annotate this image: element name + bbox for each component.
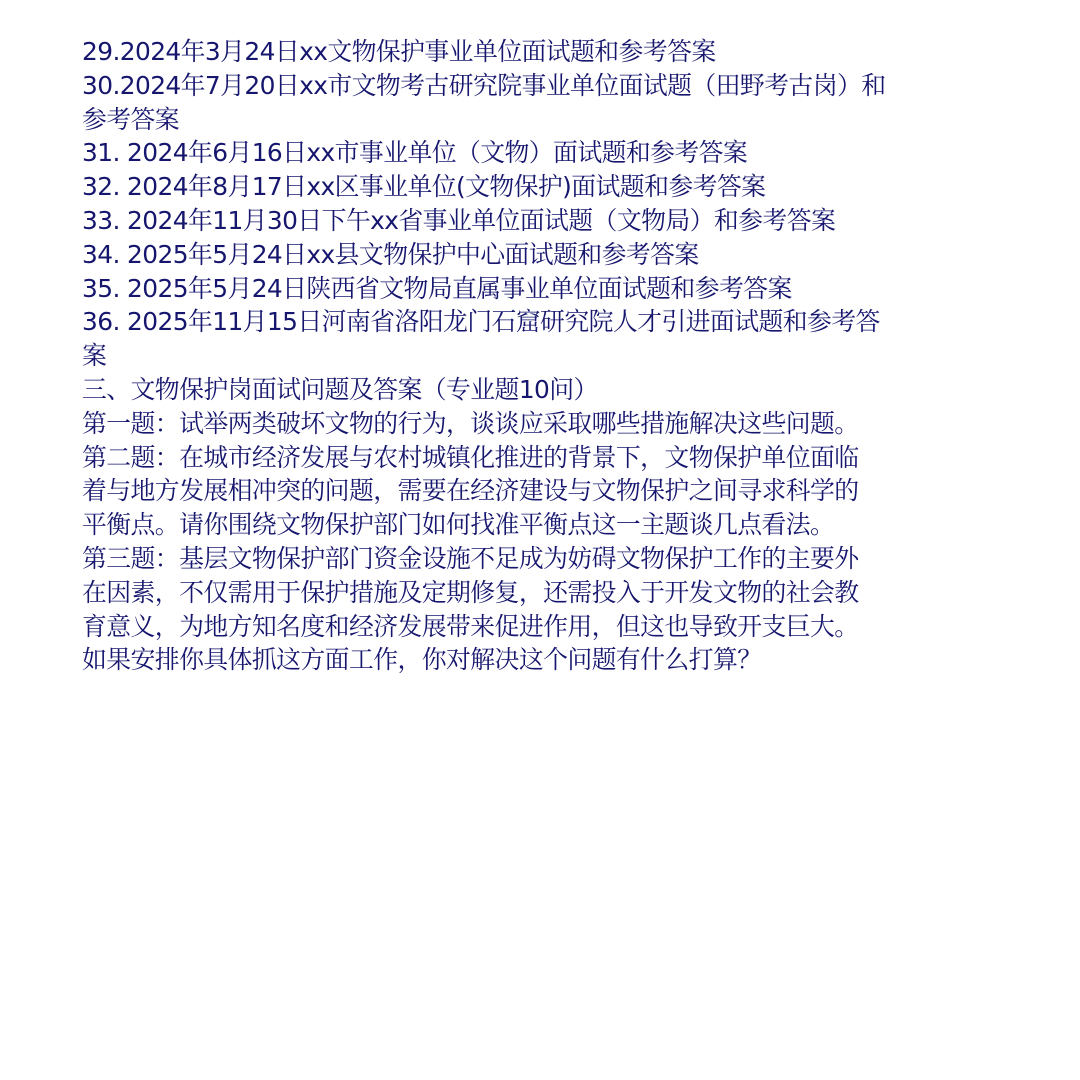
list-item-line: 案	[82, 339, 997, 373]
question-line: 第三题：基层文物保护部门资金设施不足成为妨碍文物保护工作的主要外	[82, 542, 997, 576]
section-heading: 三、文物保护岗面试问题及答案（专业题10问）	[82, 373, 1002, 407]
document-page: 29.2024年3月24日xx文物保护事业单位面试题和参考答案 30.2024年…	[82, 35, 1002, 677]
question-line: 着与地方发展相冲突的问题，需要在经济建设与文物保护之间寻求科学的	[82, 474, 997, 508]
list-item-32: 32. 2024年8月17日xx区事业单位(文物保护)面试题和参考答案	[82, 170, 1002, 204]
list-item-line: 参考答案	[82, 103, 997, 137]
list-item-line: 35. 2025年5月24日陕西省文物局直属事业单位面试题和参考答案	[82, 272, 997, 306]
list-item-line: 30.2024年7月20日xx市文物考古研究院事业单位面试题（田野考古岗）和	[82, 69, 997, 103]
question-line: 如果安排你具体抓这方面工作，你对解决这个问题有什么打算？	[82, 643, 997, 677]
list-item-29: 29.2024年3月24日xx文物保护事业单位面试题和参考答案	[82, 35, 1002, 69]
list-item-line: 34. 2025年5月24日xx县文物保护中心面试题和参考答案	[82, 238, 997, 272]
question-line: 育意义，为地方知名度和经济发展带来促进作用，但这也导致开支巨大。	[82, 610, 997, 644]
list-item-line: 33. 2024年11月30日下午xx省事业单位面试题（文物局）和参考答案	[82, 204, 997, 238]
question-line: 平衡点。请你围绕文物保护部门如何找准平衡点这一主题谈几点看法。	[82, 508, 997, 542]
section-heading-text: 三、文物保护岗面试问题及答案（专业题10问）	[82, 373, 997, 407]
list-item-31: 31. 2024年6月16日xx市事业单位（文物）面试题和参考答案	[82, 136, 1002, 170]
list-item-line: 32. 2024年8月17日xx区事业单位(文物保护)面试题和参考答案	[82, 170, 997, 204]
list-item-34: 34. 2025年5月24日xx县文物保护中心面试题和参考答案	[82, 238, 1002, 272]
list-item-35: 35. 2025年5月24日陕西省文物局直属事业单位面试题和参考答案	[82, 272, 1002, 306]
list-item-36: 36. 2025年11月15日河南省洛阳龙门石窟研究院人才引进面试题和参考答 案	[82, 305, 1002, 373]
list-item-30: 30.2024年7月20日xx市文物考古研究院事业单位面试题（田野考古岗）和 参…	[82, 69, 1002, 137]
question-3: 第三题：基层文物保护部门资金设施不足成为妨碍文物保护工作的主要外 在因素，不仅需…	[82, 542, 1002, 677]
question-line: 第二题：在城市经济发展与农村城镇化推进的背景下，文物保护单位面临	[82, 441, 997, 475]
question-line: 第一题：试举两类破坏文物的行为，谈谈应采取哪些措施解决这些问题。	[82, 407, 997, 441]
list-item-line: 29.2024年3月24日xx文物保护事业单位面试题和参考答案	[82, 35, 997, 69]
question-2: 第二题：在城市经济发展与农村城镇化推进的背景下，文物保护单位面临 着与地方发展相…	[82, 441, 1002, 542]
question-1: 第一题：试举两类破坏文物的行为，谈谈应采取哪些措施解决这些问题。	[82, 407, 1002, 441]
list-item-33: 33. 2024年11月30日下午xx省事业单位面试题（文物局）和参考答案	[82, 204, 1002, 238]
question-line: 在因素，不仅需用于保护措施及定期修复，还需投入于开发文物的社会教	[82, 576, 997, 610]
list-item-line: 31. 2024年6月16日xx市事业单位（文物）面试题和参考答案	[82, 136, 997, 170]
list-item-line: 36. 2025年11月15日河南省洛阳龙门石窟研究院人才引进面试题和参考答	[82, 305, 997, 339]
